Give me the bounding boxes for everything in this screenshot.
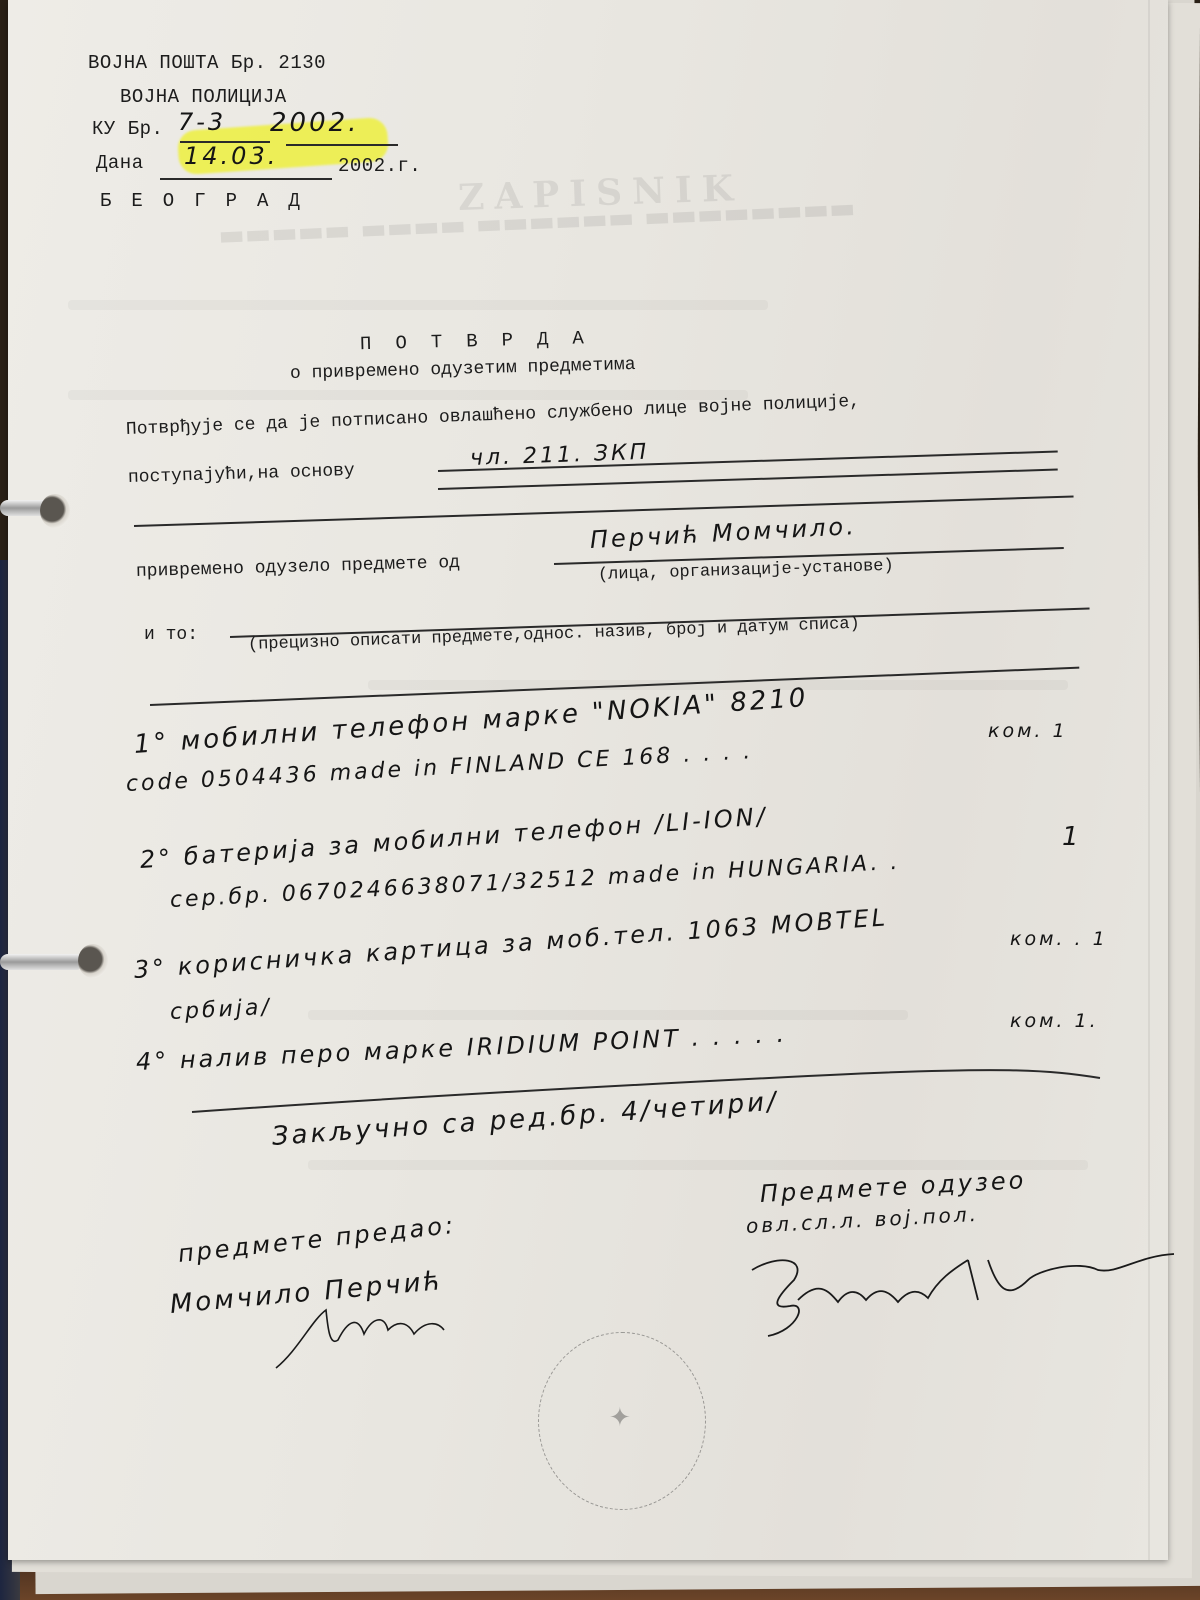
bleed-through-line [68, 390, 748, 400]
date-year: 2002.г. [338, 155, 421, 177]
handed-over-label: предмете предао: [177, 1211, 458, 1268]
ku-label: КУ Бр. [92, 118, 163, 140]
item-4-quantity: ком. 1. [1010, 1010, 1099, 1032]
punch-hole-top [40, 494, 70, 528]
date-value: 14.03. [184, 142, 278, 170]
document-subtitle: о привремено одузетим предметима [290, 355, 636, 384]
ku-year: 2002. [270, 108, 359, 138]
item-3-description: 3° корисничка картица за моб.тел. 1063 M… [133, 903, 889, 984]
item-1-quantity: ком. 1 [988, 720, 1068, 742]
bleed-through-line [68, 300, 768, 310]
basis-label: поступајући,на основу [128, 461, 355, 488]
item-3-quantity: ком. . 1 [1010, 928, 1108, 950]
seized-by-label: Предмете одузео [759, 1166, 1027, 1208]
ku-number: 7-3 [178, 108, 226, 136]
seized-from-value: Перчић Момчило. [589, 512, 857, 554]
seized-by-signature [738, 1240, 1178, 1350]
city-belgrade: БЕОГРАД [100, 190, 320, 212]
punch-hole-bottom [78, 944, 108, 978]
item-3-continued: србија/ [169, 995, 272, 1025]
official-stamp: ✦ [538, 1332, 706, 1510]
document-page: ZAPISNIK ▬▬▬▬▬ ▬▬▬▬ ▬▬▬▬▬▬ ▬▬▬▬▬▬▬▬ ВОЈН… [8, 0, 1168, 1560]
stamp-emblem-icon: ✦ [609, 1403, 631, 1433]
items-hint: (прецизно описати предмете,однос. назив,… [248, 615, 860, 655]
blank-rule [134, 495, 1074, 526]
binder-ring-bottom [0, 954, 84, 970]
item-2-quantity: 1 [1062, 822, 1082, 852]
bleed-through-line [308, 1010, 908, 1020]
seized-by-title: овл.сл.л. вој.пол. [745, 1202, 979, 1238]
header-military-post: ВОЈНА ПОШТА Бр. 2130 [88, 52, 326, 74]
ku-year-rule [286, 144, 398, 146]
basis-value: чл. 211. ЗКП [470, 440, 650, 471]
basis-rule [438, 469, 1058, 490]
date-rule [160, 178, 332, 180]
date-label: Дана [96, 152, 144, 174]
document-title: ПОТВРДА [360, 327, 608, 355]
header-military-police: ВОЈНА ПОЛИЦИЈА [120, 86, 287, 108]
items-label: и то: [144, 625, 198, 645]
handed-over-signature [268, 1300, 508, 1380]
seized-from-label: привремено одузело предмете од [136, 553, 460, 582]
